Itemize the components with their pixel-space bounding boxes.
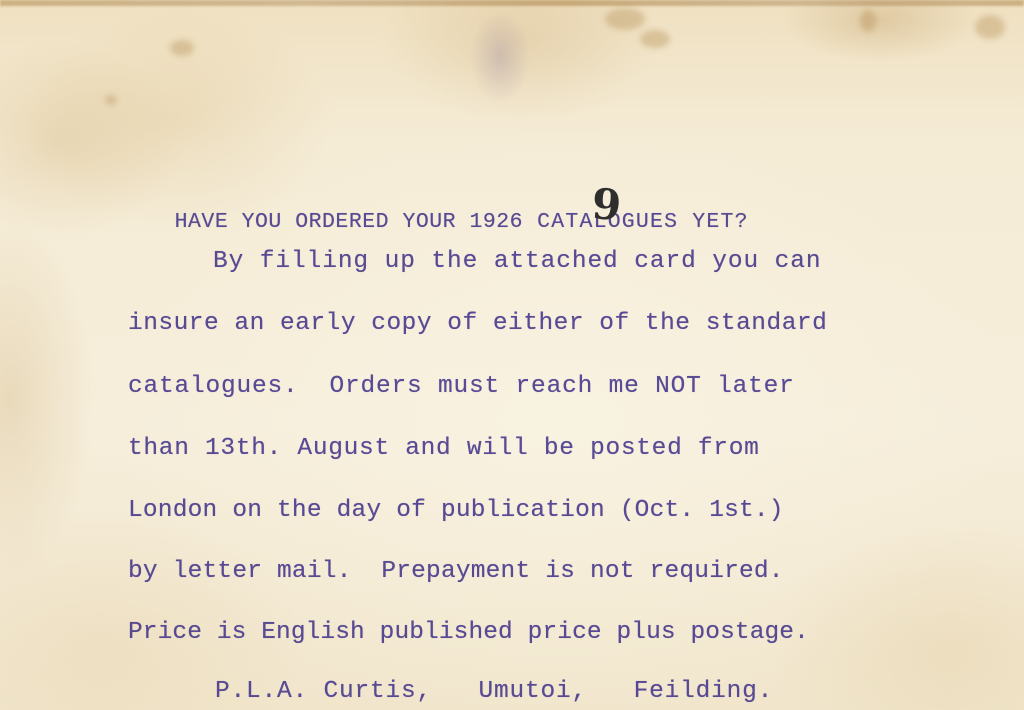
body-line-2: insure an early copy of either of the st… <box>128 310 827 337</box>
foxing-stain <box>640 30 670 48</box>
foxing-stain <box>975 15 1005 39</box>
handwritten-correction: 9 <box>591 183 623 227</box>
foxing-stain <box>105 95 117 105</box>
headline-typed-digit: 6 <box>510 210 523 234</box>
headline-typed-start: HAVE YOU ORDERED YOUR 192 <box>175 210 510 234</box>
foxing-stain <box>605 8 645 30</box>
body-line-4: than 13th. August and will be posted fro… <box>128 435 760 462</box>
foxing-stain <box>860 10 876 32</box>
headline-rest: CATALOGUES YET? <box>523 210 749 234</box>
body-line-7: Price is English published price plus po… <box>128 619 809 646</box>
body-line-6: by letter mail. Prepayment is not requir… <box>128 558 784 585</box>
paper-top-edge-stain <box>0 0 1024 6</box>
signature: P.L.A. Curtis, Umutoi, Feilding. <box>215 678 773 705</box>
foxing-stain <box>170 40 194 56</box>
ink-smudge <box>470 10 530 105</box>
postcard: HAVE YOU ORDERED YOUR 1926 CATALOGUES YE… <box>0 0 1024 710</box>
body-line-3: catalogues. Orders must reach me NOT lat… <box>128 373 795 400</box>
body-line-5: London on the day of publication (Oct. 1… <box>128 497 784 524</box>
body-line-1: By filling up the attached card you can <box>213 248 822 275</box>
